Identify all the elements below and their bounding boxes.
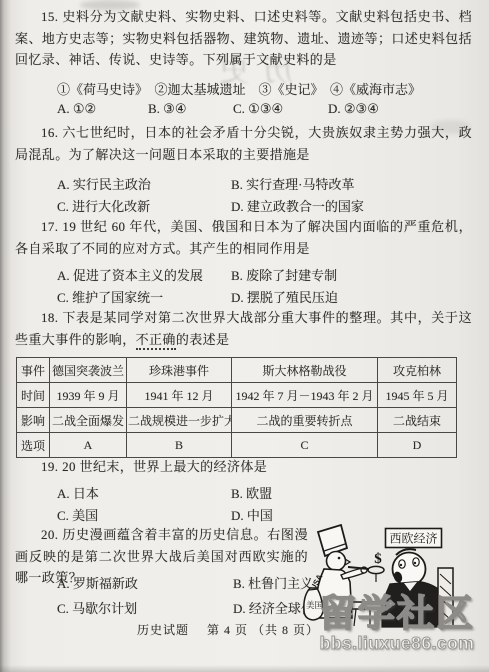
table-cell: 二战结束 [378,408,457,433]
q15-option-c: C. ①③④ [233,101,283,117]
table-cell: 1939 年 9 月 [50,383,127,408]
table-cell: 珍珠港事件 [127,358,232,383]
scan-edge-shadow [0,665,489,672]
table-cell: 时间 [17,383,50,408]
footer-doc-title: 历史试题 [137,623,189,637]
question-15-stem: 15. 史料分为文献史料、实物史料、口述史料等。文献史料包括史书、档案、地方史志… [15,6,472,71]
q16-option-a: A. 实行民主政治 [57,174,151,193]
q19-option-d: D. 中国 [231,505,273,524]
q19-option-a: A. 日本 [57,483,99,502]
table-cell: 1942 年 7 月－1943 年 2 月 [232,383,378,408]
table-row-impact: 影响 二战全面爆发 二战规模进一步扩大 二战的重要转折点 二战结束 [17,408,457,433]
q17-option-c: C. 维护了国家统一 [57,287,163,306]
table-cell: 影响 [17,408,50,433]
q15-option-b: B. ③④ [148,101,186,117]
table-cell: 二战的重要转折点 [232,408,378,433]
q17-option-d: D. 摆脱了殖民压迫 [231,287,338,306]
table-cell: C [232,433,378,458]
q18-stem-emphasis: 不正确 [136,332,176,350]
table-cell: 事件 [17,358,50,383]
table-cell: B [127,433,232,458]
table-row-option: 选项 A B C D [17,433,457,458]
table-cell: D [378,433,457,458]
table-row-time: 时间 1939 年 9 月 1941 年 12 月 1942 年 7 月－194… [17,383,457,408]
q15-option-d: D. ②③④ [328,101,379,117]
q20-option-c: C. 马歇尔计划 [57,598,137,617]
q19-option-b: B. 欧盟 [231,483,272,502]
q18-stem-prefix: 18. 下表是某同学对第二次世界大战部分重大事件的整理。其中，关于这些重大事件的… [15,310,472,347]
q16-option-d: D. 建立政教合一的国家 [231,196,364,215]
q16-option-b: B. 实行查理·马特改革 [231,174,355,193]
ww2-events-table: 事件 德国突袭波兰 珍珠港事件 斯大林格勒战役 攻克柏林 时间 1939 年 9… [16,357,457,458]
exam-page: 历史 15. 史料分为文献史料、实物史料、口述史料等。文献史料包括史书、档案、地… [0,0,489,672]
table-cell: 二战规模进一步扩大 [127,408,232,433]
table-cell: 斯大林格勒战役 [232,358,378,383]
question-18-stem: 18. 下表是某同学对第二次世界大战部分重大事件的整理。其中，关于这些重大事件的… [15,307,472,350]
table-cell: 二战全面爆发 [50,408,127,433]
dollar-sign-icon: $ [374,551,382,567]
table-cell: 德国突袭波兰 [50,358,127,383]
question-19-stem: 19. 20 世纪末，世界上最大的经济体是 [15,456,472,478]
q17-option-b: B. 废除了封建专制 [231,265,337,284]
site-watermark: 留学社区 bbs.liuxue86.com [306,595,488,653]
table-row-event: 事件 德国突袭波兰 珍珠港事件 斯大林格勒战役 攻克柏林 [17,358,457,383]
question-15-items: ①《荷马史诗》 ②迦太基城遗址 ③《史记》 ④《威海市志》 [57,79,421,98]
q15-option-a: A. ①② [57,101,96,117]
q19-option-c: C. 美国 [57,505,98,524]
question-17-stem: 17. 19 世纪 60 年代，美国、俄国和日本为了解决国内面临的严重危机，各自… [15,216,472,259]
table-cell: A [50,433,127,458]
table-cell: 选项 [17,433,50,458]
watermark-url: bbs.liuxue86.com [306,635,488,653]
watermark-logo-text: 留学社区 [306,595,488,632]
question-16-stem: 16. 六七世纪时，日本的社会矛盾十分尖锐，大贵族奴隶主势力强大，政局混乱。为了… [15,122,472,165]
table-cell: 1945 年 5 月 [378,383,457,408]
q17-option-a: A. 促进了资本主义的发展 [57,265,203,284]
west-europe-label: 西欧经济 [389,531,437,546]
table-cell: 1941 年 12 月 [127,383,232,408]
q18-stem-suffix: 的表述是 [176,332,230,347]
footer-page-number: 第 4 页 （共 8 页） [207,623,319,637]
q20-option-a: A. 罗斯福新政 [57,573,138,592]
q16-option-c: C. 进行大化改新 [57,196,150,215]
table-cell: 攻克柏林 [378,358,457,383]
